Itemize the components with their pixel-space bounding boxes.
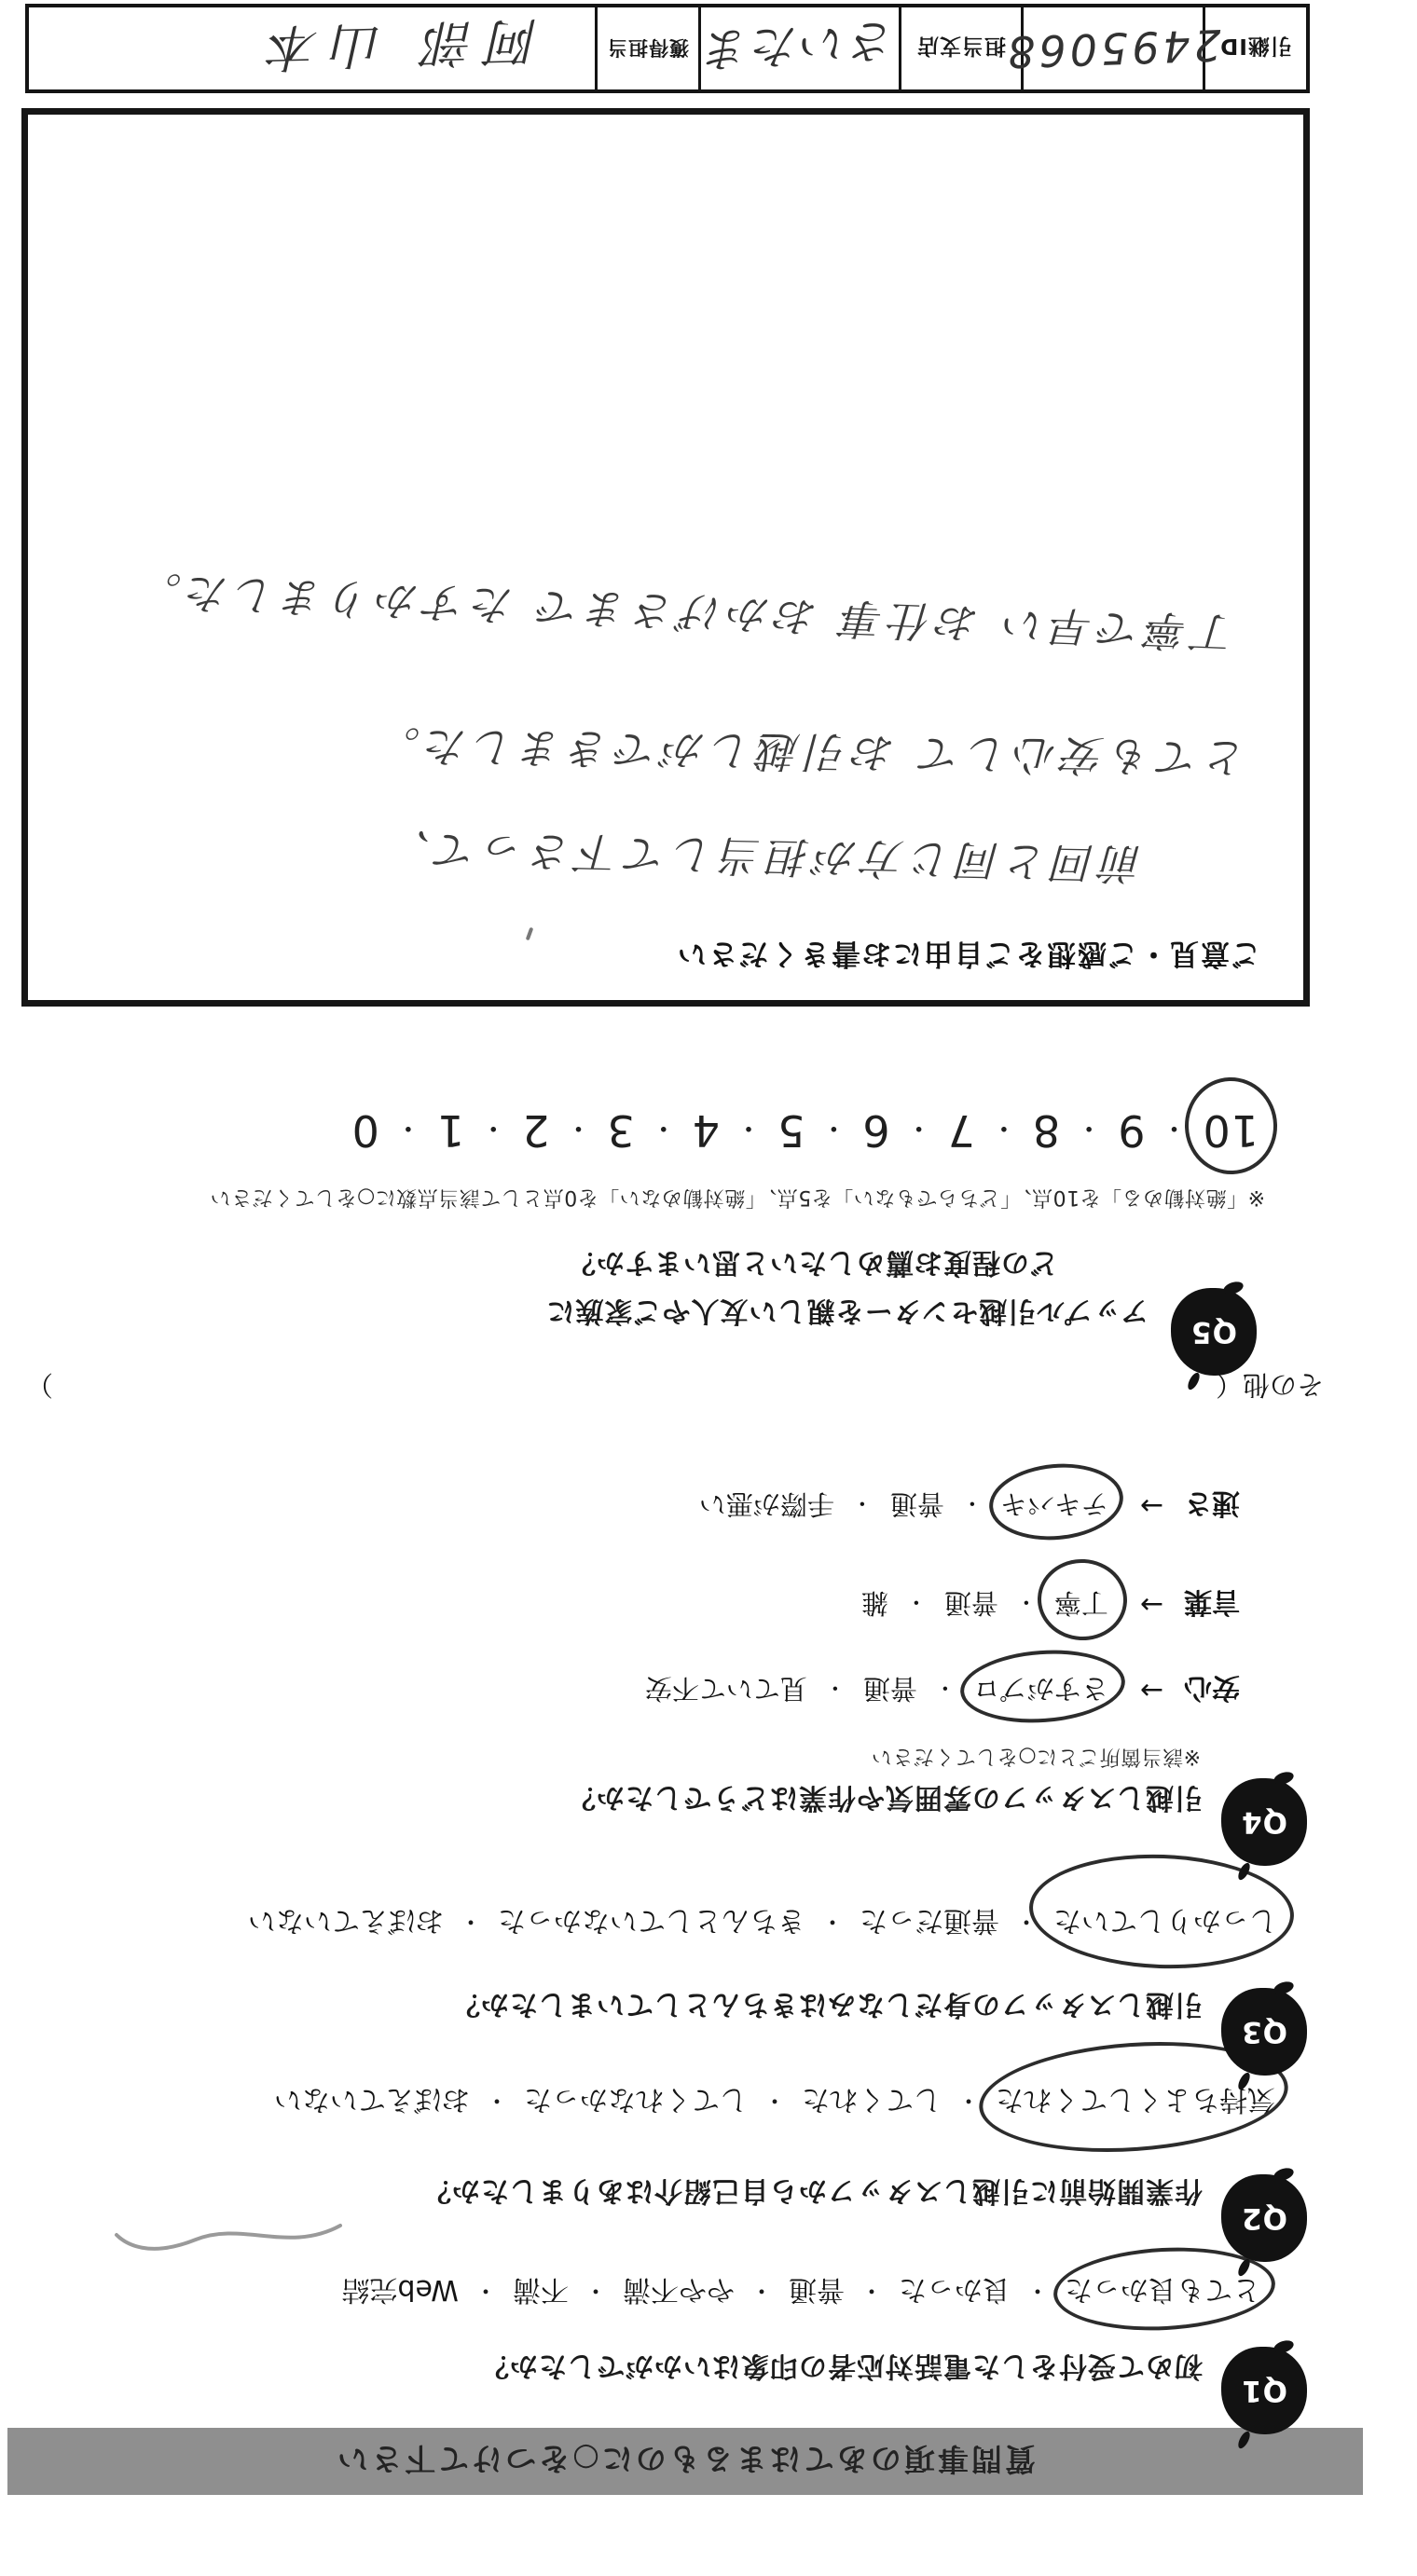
q5-score: 4 — [692, 1105, 720, 1156]
comment-box-title: ご意見・ご感想をご自由にお書きください — [676, 936, 1260, 978]
rep-label-cell: 獲得担当 — [598, 7, 701, 89]
q5-note: ※「絶対勧める」を10点、「どちらでもない」を5点、「絶対勧めない」を0点として… — [210, 1185, 1265, 1213]
q5-score: 0 — [351, 1105, 379, 1156]
q2-option: してくれなかった — [524, 2082, 748, 2123]
q4-row-label: 速さ — [1184, 1486, 1240, 1527]
separator-dot: ・ — [956, 2086, 981, 2120]
q4-row2-option: 普通 — [944, 1586, 998, 1624]
q3-option-selected: しっかりしていた — [1053, 1903, 1277, 1944]
q4-row-label: 言葉 — [1184, 1584, 1240, 1625]
separator-dot: ・ — [1025, 2276, 1050, 2310]
separator-dot: ・ — [393, 1110, 422, 1151]
branch-value-handwritten: さいたま — [701, 10, 898, 88]
separator-dot: ・ — [459, 1907, 483, 1941]
q2-option: おぼえていない — [274, 2082, 470, 2123]
q5-score-scale: 10 ・ 9 ・ 8 ・ 7 ・ 6 ・ 5 ・ 4 ・ 3 ・ 2 ・ 1 ・… — [351, 1105, 1259, 1156]
q3-badge-label: Q3 — [1241, 2015, 1287, 2048]
handover-id-label: 引継ID — [1219, 34, 1292, 64]
q4-row-anshin: 安心 → さすがプロ ・ 普通 ・ 見ていて不安 — [645, 1670, 1240, 1711]
scan-speck — [526, 927, 534, 941]
arrow-icon: → — [1140, 1589, 1163, 1622]
q2-option-selected: 気持ちよくしてくれた — [996, 2082, 1275, 2123]
instruction-banner: 質問事項のあてはまるものに○をつけて下さい — [7, 2428, 1363, 2495]
separator-dot: ・ — [851, 1490, 874, 1523]
q2-badge-mascot-icon: Q2 — [1221, 2174, 1307, 2262]
q5-score: 6 — [861, 1105, 889, 1156]
handover-id-value-handwritten: 2495068 — [1004, 20, 1223, 77]
separator-dot: ・ — [1014, 1907, 1039, 1941]
separator-dot: ・ — [819, 1110, 847, 1151]
q5-title-line2: どの程度お薦めしたいと思いますか？ — [567, 1245, 1058, 1286]
separator-dot: ・ — [1159, 1110, 1188, 1151]
q2-badge-label: Q2 — [1241, 2201, 1287, 2235]
scanned-survey-sheet: 質問事項のあてはまるものに○をつけて下さい Q1 初めて受付をした電話対応者の印… — [0, 0, 1417, 2576]
handwritten-comment-line1: 前回と同じ方が担当して下さって、 — [382, 821, 1143, 897]
separator-dot: ・ — [763, 2086, 787, 2120]
q3-option: おぼえていない — [248, 1903, 444, 1944]
rep-name-cell: 阿部 山本 — [29, 7, 598, 89]
handover-id-value-cell: 2495068 — [1024, 7, 1205, 89]
separator-dot: ・ — [905, 1589, 928, 1622]
q4-other-close: ） — [26, 1367, 53, 1405]
q1-badge-mascot-icon: Q1 — [1221, 2347, 1307, 2434]
q4-row2-option: 雑 — [861, 1586, 888, 1624]
q5-score: 3 — [606, 1105, 634, 1156]
q5-score: 1 — [436, 1105, 464, 1156]
arrow-icon: → — [1140, 1675, 1163, 1707]
q4-row3-option: 手際が悪い — [699, 1487, 834, 1526]
q4-row1-option-selected: さすがプロ — [973, 1672, 1108, 1710]
rep-name-handwritten: 阿部 山本 — [255, 9, 540, 89]
q4-badge-label: Q4 — [1241, 1805, 1287, 1839]
q4-row1-option: 普通 — [863, 1672, 917, 1710]
q4-badge-mascot-icon: Q4 — [1221, 1778, 1307, 1866]
q5-score: 9 — [1117, 1105, 1145, 1156]
separator-dot: ・ — [649, 1110, 678, 1151]
instruction-banner-text: 質問事項のあてはまるものに○をつけて下さい — [335, 2440, 1036, 2484]
separator-dot: ・ — [824, 1675, 846, 1707]
q4-row2-option-selected: 丁寧 — [1054, 1586, 1108, 1624]
q1-option: 不満 — [513, 2272, 569, 2313]
q5-score: 7 — [947, 1105, 975, 1156]
q1-option-selected: とても良かった — [1065, 2272, 1260, 2313]
separator-dot: ・ — [584, 2276, 608, 2310]
rep-label: 獲得担当 — [607, 34, 689, 62]
q2-title: 作業開始前に引越しスタッフから自己紹介はありましたか？ — [422, 2173, 1203, 2214]
q5-score: 2 — [521, 1105, 549, 1156]
separator-dot: ・ — [904, 1110, 933, 1151]
q5-score: 5 — [777, 1105, 805, 1156]
separator-dot: ・ — [860, 2276, 884, 2310]
q4-row-kotoba: 言葉 → 丁寧 ・ 普通 ・ 雑 — [861, 1584, 1240, 1625]
q1-option: 普通 — [789, 2272, 845, 2313]
pencil-scribble-mark — [112, 2207, 345, 2263]
q4-title: 引越しスタッフの雰囲気や作業はどうでしたか？ — [567, 1780, 1203, 1821]
separator-dot: ・ — [474, 2276, 498, 2310]
q4-note: ※該当箇所ごとに○をしてください — [871, 1744, 1201, 1773]
q1-title: 初めて受付をした電話対応者の印象はいかがでしたか？ — [480, 2349, 1203, 2390]
handwritten-comment-line3: 丁寧で早い お仕事 おかげさまで たすかりました。 — [132, 564, 1237, 666]
separator-dot: ・ — [750, 2276, 774, 2310]
q3-badge-mascot-icon: Q3 — [1221, 1988, 1307, 2076]
comment-box: ご意見・ご感想をご自由にお書きください 前回と同じ方が担当して下さって、 とても… — [21, 108, 1310, 1007]
branch-label: 担当支店 — [916, 34, 1006, 64]
q1-options: とても良かった ・ 良かった ・ 普通 ・ やや不満 ・ 不満 ・ Web完結 — [342, 2272, 1260, 2313]
separator-dot: ・ — [1015, 1589, 1038, 1622]
q1-option: Web完結 — [342, 2272, 459, 2313]
q3-options: しっかりしていた ・ 普通だった ・ きちんとしていなかった ・ おぼえていない — [248, 1903, 1277, 1944]
q5-title-line1: アップル引越センターを親しい友人やご家族に — [546, 1294, 1149, 1335]
separator-dot: ・ — [563, 1110, 592, 1151]
q5-score: 8 — [1032, 1105, 1060, 1156]
q2-options: 気持ちよくしてくれた ・ してくれた ・ してくれなかった ・ おぼえていない — [274, 2082, 1275, 2123]
separator-dot: ・ — [934, 1675, 956, 1707]
arrow-icon: → — [1140, 1490, 1163, 1523]
handover-table: 引継ID 2495068 担当支店 さいたま 獲得担当 阿部 山本 — [25, 4, 1310, 93]
q3-option: 普通だった — [860, 1903, 999, 1944]
q4-row3-option-selected: テキパキ — [1000, 1487, 1108, 1526]
separator-dot: ・ — [734, 1110, 763, 1151]
q1-badge-label: Q1 — [1241, 2374, 1287, 2407]
q2-option: してくれた — [802, 2082, 942, 2123]
q5-badge-mascot-icon: Q5 — [1171, 1288, 1257, 1376]
separator-dot: ・ — [485, 2086, 509, 2120]
separator-dot: ・ — [989, 1110, 1018, 1151]
q4-row3-option: 普通 — [890, 1487, 944, 1526]
q4-row-hayasa: 速さ → テキパキ ・ 普通 ・ 手際が悪い — [699, 1486, 1240, 1527]
separator-dot: ・ — [478, 1110, 507, 1151]
q4-other-label: その他（ — [1216, 1367, 1324, 1405]
separator-dot: ・ — [961, 1490, 984, 1523]
q4-row1-option: 見ていて不安 — [645, 1672, 807, 1710]
separator-dot: ・ — [820, 1907, 845, 1941]
branch-value-cell: さいたま — [701, 7, 901, 89]
q5-score-selected: 10 — [1202, 1105, 1259, 1156]
q5-badge-label: Q5 — [1190, 1315, 1237, 1349]
q3-option: きちんとしていなかった — [498, 1903, 805, 1944]
q3-title: 引越しスタッフの身だしなみはきちんとしていましたか？ — [451, 1987, 1203, 2028]
q1-option: 良かった — [899, 2272, 1011, 2313]
q4-other-row: その他（ ） — [26, 1367, 1324, 1405]
separator-dot: ・ — [1074, 1110, 1103, 1151]
q1-option: やや不満 — [623, 2272, 735, 2313]
handwritten-comment-line2: とても安心して お引越しができました。 — [372, 719, 1247, 791]
q4-row-label: 安心 — [1184, 1670, 1240, 1711]
